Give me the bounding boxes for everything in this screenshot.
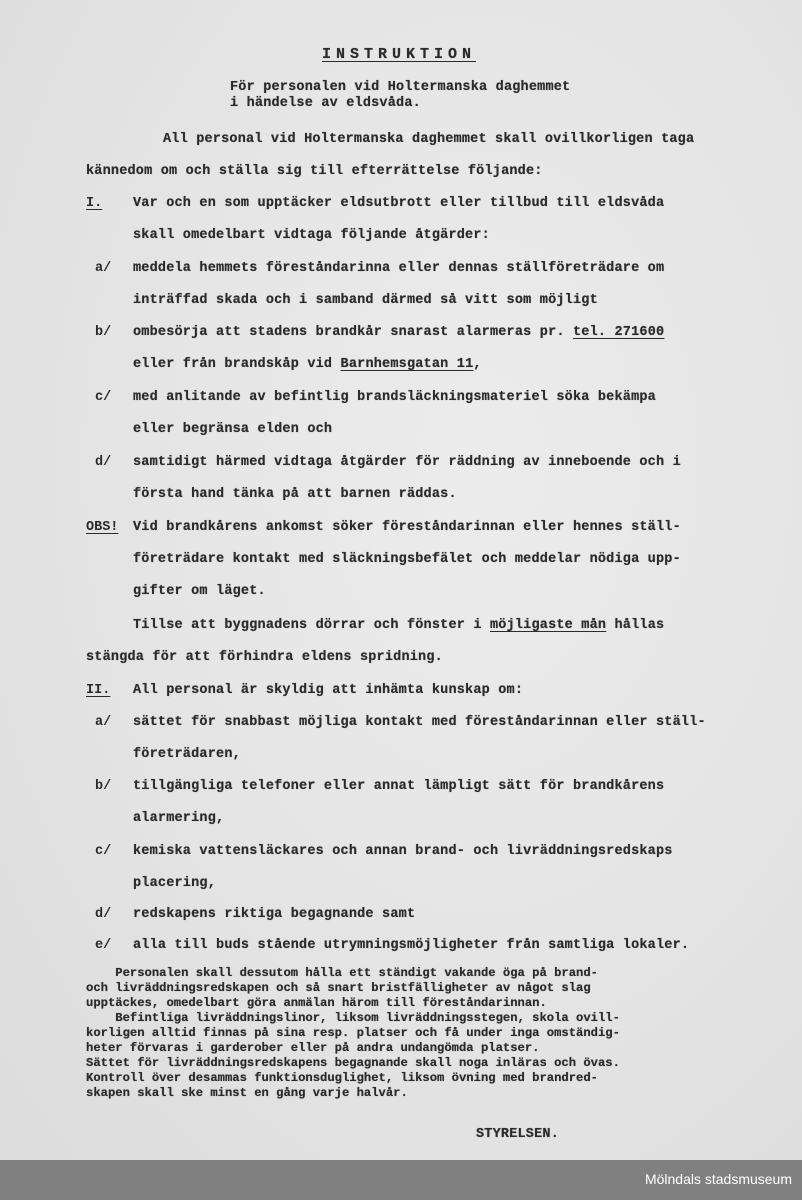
item-marker: d/ [95, 907, 111, 922]
item-line: sättet för snabbast möjliga kontakt med … [133, 715, 706, 730]
item-marker: e/ [95, 938, 111, 953]
footer-bar: Mölndals stadsmuseum [0, 1160, 802, 1200]
item-text: eller från brandskåp vid [133, 357, 341, 372]
closing-line: Befintliga livräddningslinor, liksom liv… [86, 1011, 620, 1025]
item-line: alarmering, [133, 811, 224, 826]
item-line: företrädaren, [133, 747, 241, 762]
item-line: första hand tänka på att barnen räddas. [133, 487, 457, 502]
item-marker: b/ [95, 325, 111, 340]
item-line-phone: ombesörja att stadens brandkår snarast a… [133, 325, 664, 340]
subtitle-line: För personalen vid Holtermanska daghemme… [230, 80, 570, 95]
item-marker: b/ [95, 779, 111, 794]
item-line: eller begränsa elden och [133, 422, 332, 437]
obs-line: gifter om läget. [133, 584, 266, 599]
item-line: samtidigt härmed vidtaga åtgärder för rä… [133, 455, 681, 470]
note-line: Tillse att byggnadens dörrar och fönster… [133, 618, 664, 633]
item-marker: c/ [95, 390, 111, 405]
note-text: hållas [606, 618, 664, 633]
section-1-line: Var och en som upptäcker eldsutbrott ell… [133, 196, 664, 211]
subtitle-line: i händelse av eldsvåda. [230, 96, 421, 111]
closing-line: upptäckes, omedelbart göra anmälan härom… [86, 996, 547, 1010]
closing-line: korligen alltid finnas på sina resp. pla… [86, 1026, 620, 1040]
item-text: , [473, 357, 481, 372]
intro-line: All personal vid Holtermanska daghemmet … [163, 132, 694, 147]
museum-credit: Mölndals stadsmuseum [645, 1171, 792, 1187]
item-marker: a/ [95, 715, 111, 730]
closing-line: och livräddningsredskapen och så snart b… [86, 981, 591, 995]
fire-box-address: Barnhemsgatan 11 [341, 357, 474, 372]
item-line: meddela hemmets föreståndarinna eller de… [133, 261, 664, 276]
obs-line: företrädare kontakt med släckningsbefäle… [133, 552, 681, 567]
item-marker: a/ [95, 261, 111, 276]
item-line: inträffad skada och i samband därmed så … [133, 293, 598, 308]
closing-line: skapen skall ske minst en gång varje hal… [86, 1086, 408, 1100]
obs-line: Vid brandkårens ankomst söker förestånda… [133, 520, 681, 535]
section-1-line: skall omedelbart vidtaga följande åtgärd… [133, 228, 490, 243]
note-line: stängda för att förhindra eldens spridni… [86, 650, 443, 665]
item-line-address: eller från brandskåp vid Barnhemsgatan 1… [133, 357, 482, 372]
closing-line: Personalen skall dessutom hålla ett stän… [86, 966, 598, 980]
closing-line: heter förvaras i garderober eller på and… [86, 1041, 539, 1055]
obs-marker: OBS! [86, 520, 118, 535]
item-line: alla till buds stående utrymningsmöjligh… [133, 938, 689, 953]
section-2-marker: II. [86, 683, 110, 698]
document-title: INSTRUKTION [322, 46, 476, 63]
item-line: tillgängliga telefoner eller annat lämpl… [133, 779, 664, 794]
item-marker: d/ [95, 455, 111, 470]
note-emphasis: möjligaste mån [490, 618, 606, 633]
closing-line: Kontroll över desammas funktionsduglighe… [86, 1071, 598, 1085]
section-2-line: All personal är skyldig att inhämta kuns… [133, 683, 523, 698]
signature: STYRELSEN. [476, 1127, 559, 1142]
section-1-marker: I. [86, 196, 102, 211]
fire-phone-number: tel. 271600 [573, 325, 664, 340]
closing-line: Sättet för livräddningsredskapens begagn… [86, 1056, 620, 1070]
item-line: med anlitande av befintlig brandsläcknin… [133, 390, 656, 405]
item-line: kemiska vattensläckares och annan brand-… [133, 844, 673, 859]
note-text: Tillse att byggnadens dörrar och fönster… [133, 618, 490, 633]
item-text: ombesörja att stadens brandkår snarast a… [133, 325, 573, 340]
item-marker: c/ [95, 844, 111, 859]
document-page: INSTRUKTION För personalen vid Holterman… [0, 0, 802, 1160]
item-line: placering, [133, 876, 216, 891]
item-line: redskapens riktiga begagnande samt [133, 907, 415, 922]
intro-line: kännedom om och ställa sig till efterrät… [86, 164, 543, 179]
